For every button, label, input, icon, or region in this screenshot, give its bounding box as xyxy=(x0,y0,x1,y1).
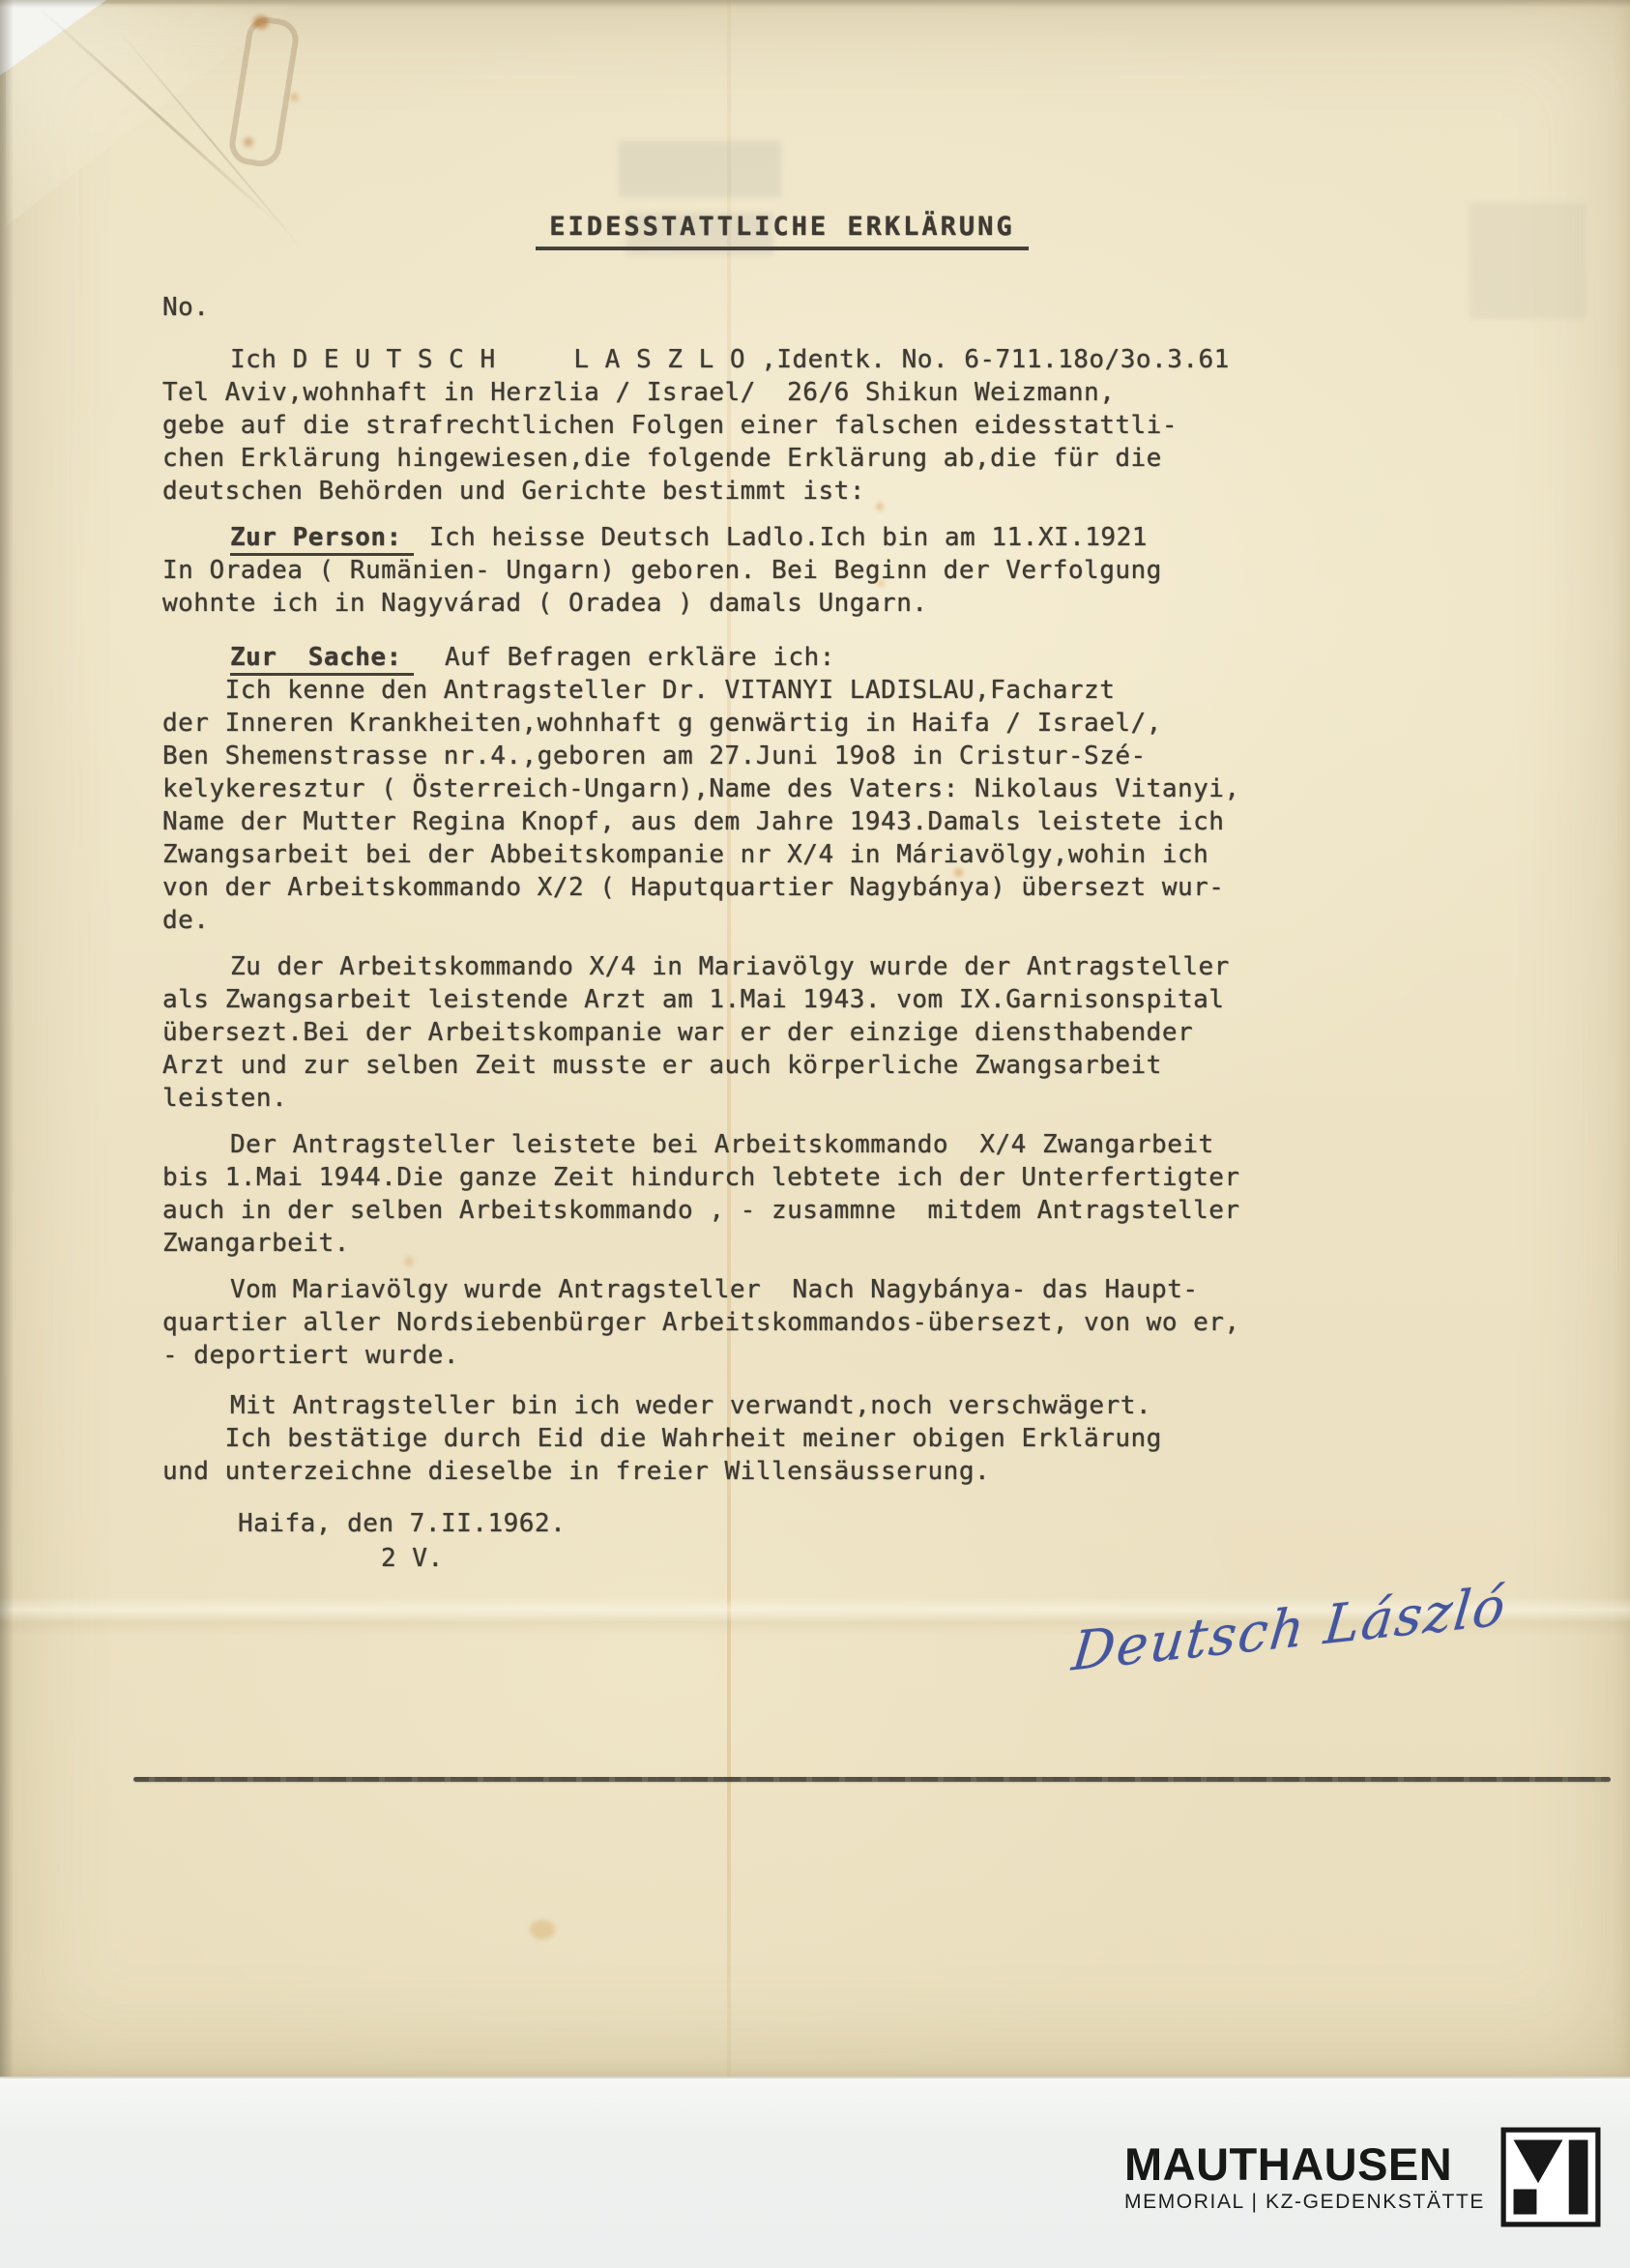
paragraph-zur-person: Zur Person: Ich heisse Deutsch Ladlo.Ich… xyxy=(162,521,1522,620)
paragraph-mariavolgy: Vom Mariavölgy wurde Antragsteller Nach … xyxy=(162,1273,1522,1372)
scanned-affidavit-page: { "doc": { "title": "EIDESSTATTLICHE ERK… xyxy=(0,0,1630,2268)
paragraph-schluss: Mit Antragsteller bin ich weder verwandt… xyxy=(162,1389,1522,1488)
number-line: No. xyxy=(162,291,1522,324)
mauthausen-memorial-logo: MAUTHAUSEN MEMORIAL | KZ-GEDENKSTÄTTE xyxy=(1124,2127,1601,2227)
date-line: Haifa, den 7.II.1962. xyxy=(162,1507,1522,1540)
logo-wordmark: MAUTHAUSEN xyxy=(1124,2141,1452,2188)
memorial-monogram-icon xyxy=(1500,2127,1601,2227)
zur-sache-heading: Zur Sache: xyxy=(230,643,414,676)
rust-stain xyxy=(530,1920,555,1939)
paragraph-antragsteller: Der Antragsteller leistete bei Arbeitsko… xyxy=(162,1128,1522,1260)
document-title: EIDESSTATTLICHE ERKLÄRUNG xyxy=(102,211,1462,250)
logo-subtitle: MEMORIAL | KZ-GEDENKSTÄTTE xyxy=(1124,2191,1485,2214)
paragraph-intro: Ich D E U T S C H L A S Z L O ,Identk. N… xyxy=(162,343,1522,508)
typed-divider-line xyxy=(133,1777,1611,1782)
paragraph-arbeitskommando: Zu der Arbeitskommando X/4 in Mariavölgy… xyxy=(162,950,1522,1115)
paragraph-zur-sache: Zur Sache: Auf Befragen erkläre ich: Ich… xyxy=(162,641,1522,937)
scan-footer-band: MAUTHAUSEN MEMORIAL | KZ-GEDENKSTÄTTE xyxy=(0,2077,1630,2268)
logo-text-block: MAUTHAUSEN MEMORIAL | KZ-GEDENKSTÄTTE xyxy=(1124,2141,1485,2214)
copy-note: 2 V. xyxy=(162,1542,1522,1575)
typed-document: EIDESSTATTLICHE ERKLÄRUNG No. Ich D E U … xyxy=(162,0,1522,1575)
zur-sache-text: Auf Befragen erkläre ich: Ich kenne den … xyxy=(162,643,1240,935)
zur-person-heading: Zur Person: xyxy=(230,523,414,556)
paper-sheet: EIDESSTATTLICHE ERKLÄRUNG No. Ich D E U … xyxy=(0,0,1630,2077)
scan-edge-shadow xyxy=(0,0,14,2077)
handwritten-signature: Deutsch László xyxy=(1069,1565,1595,1683)
document-title-text: EIDESSTATTLICHE ERKLÄRUNG xyxy=(536,211,1028,250)
